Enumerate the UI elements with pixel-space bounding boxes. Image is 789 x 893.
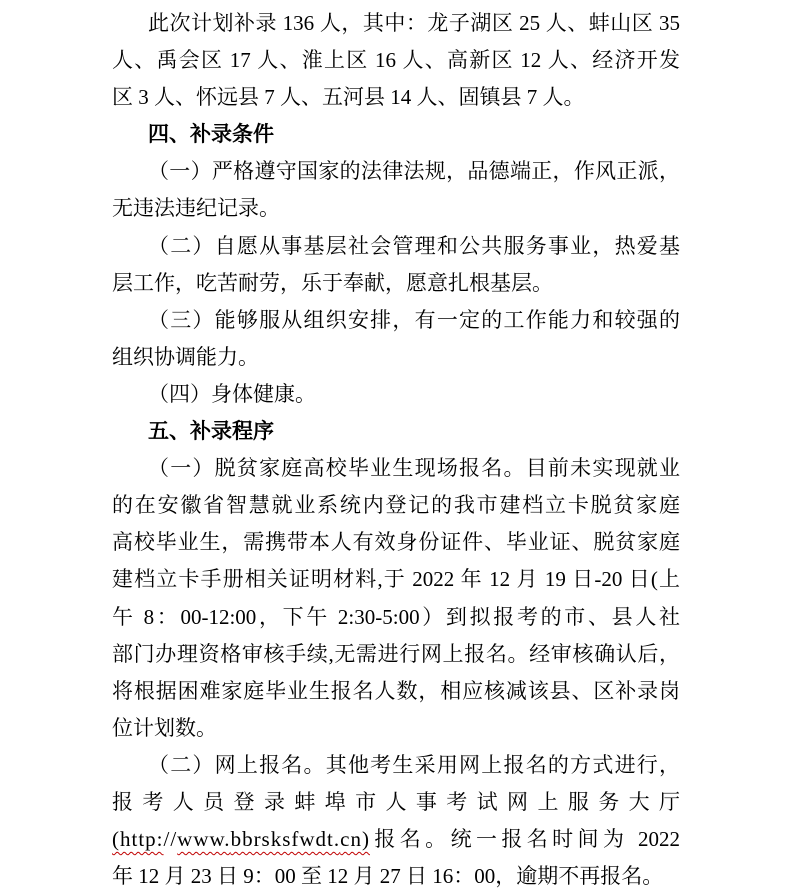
document-page: 此次计划补录 136 人，其中：龙子湖区 25 人、蚌山区 35 人、禹会区 1… bbox=[112, 5, 680, 893]
text-line: 午 8：00-12:00，下午 2:30-5:00）到拟报考的市、县人社 bbox=[112, 599, 680, 636]
text-line: （二）网上报名。其他考生采用网上报名的方式进行， bbox=[112, 747, 680, 784]
url-segment: cn) bbox=[340, 827, 370, 851]
url-segment: bbrsksfwdt. bbox=[231, 827, 341, 851]
text-line: 部门办理资格审核手续,无需进行网上报名。经审核确认后， bbox=[112, 636, 680, 673]
text-line: 无违法违纪记录。 bbox=[112, 190, 680, 227]
text-line: 层工作，吃苦耐劳，乐于奉献，愿意扎根基层。 bbox=[112, 265, 680, 302]
text-line: （一）严格遵守国家的法律法规，品德端正，作风正派， bbox=[112, 153, 680, 190]
text-line: （四）身体健康。 bbox=[112, 376, 680, 413]
text-line: 建档立卡手册相关证明材料,于 2022 年 12 月 19 日-20 日(上 bbox=[112, 561, 680, 598]
text-after-url: 报名。统一报名时间为 2022 bbox=[370, 827, 680, 851]
text-line: 人、禹会区 17 人、淮上区 16 人、高新区 12 人、经济开发 bbox=[112, 42, 680, 79]
text-line: 组织协调能力。 bbox=[112, 339, 680, 376]
text-line: （二）自愿从事基层社会管理和公共服务事业，热爱基 bbox=[112, 228, 680, 265]
text-line: 区 3 人、怀远县 7 人、五河县 14 人、固镇县 7 人。 bbox=[112, 79, 680, 116]
text-line: （一）脱贫家庭高校毕业生现场报名。目前未实现就业 bbox=[112, 450, 680, 487]
url-segment: (http: bbox=[112, 827, 164, 851]
text-line: 高校毕业生，需携带本人有效身份证件、毕业证、脱贫家庭 bbox=[112, 524, 680, 561]
section-heading-conditions: 四、补录条件 bbox=[112, 116, 680, 153]
section-heading-procedure: 五、补录程序 bbox=[112, 413, 680, 450]
text-line: 将根据困难家庭毕业生报名人数，相应核减该县、区补录岗 bbox=[112, 673, 680, 710]
text-line-wide-justified: 报考人员登录蚌埠市人事考试网上服务大厅 bbox=[112, 784, 680, 821]
url-segment: www. bbox=[177, 827, 230, 851]
text-line: 的在安徽省智慧就业系统内登记的我市建档立卡脱贫家庭 bbox=[112, 487, 680, 524]
text-line: （三）能够服从组织安排，有一定的工作能力和较强的 bbox=[112, 302, 680, 339]
text-line: 位计划数。 bbox=[112, 710, 680, 747]
text-line-url: (http://www.bbrsksfwdt.cn)报名。统一报名时间为 202… bbox=[112, 821, 680, 858]
text-line: 年 12 月 23 日 9：00 至 12 月 27 日 16：00，逾期不再报… bbox=[112, 858, 680, 893]
url-segment: // bbox=[164, 827, 178, 851]
text-line: 此次计划补录 136 人，其中：龙子湖区 25 人、蚌山区 35 bbox=[112, 5, 680, 42]
